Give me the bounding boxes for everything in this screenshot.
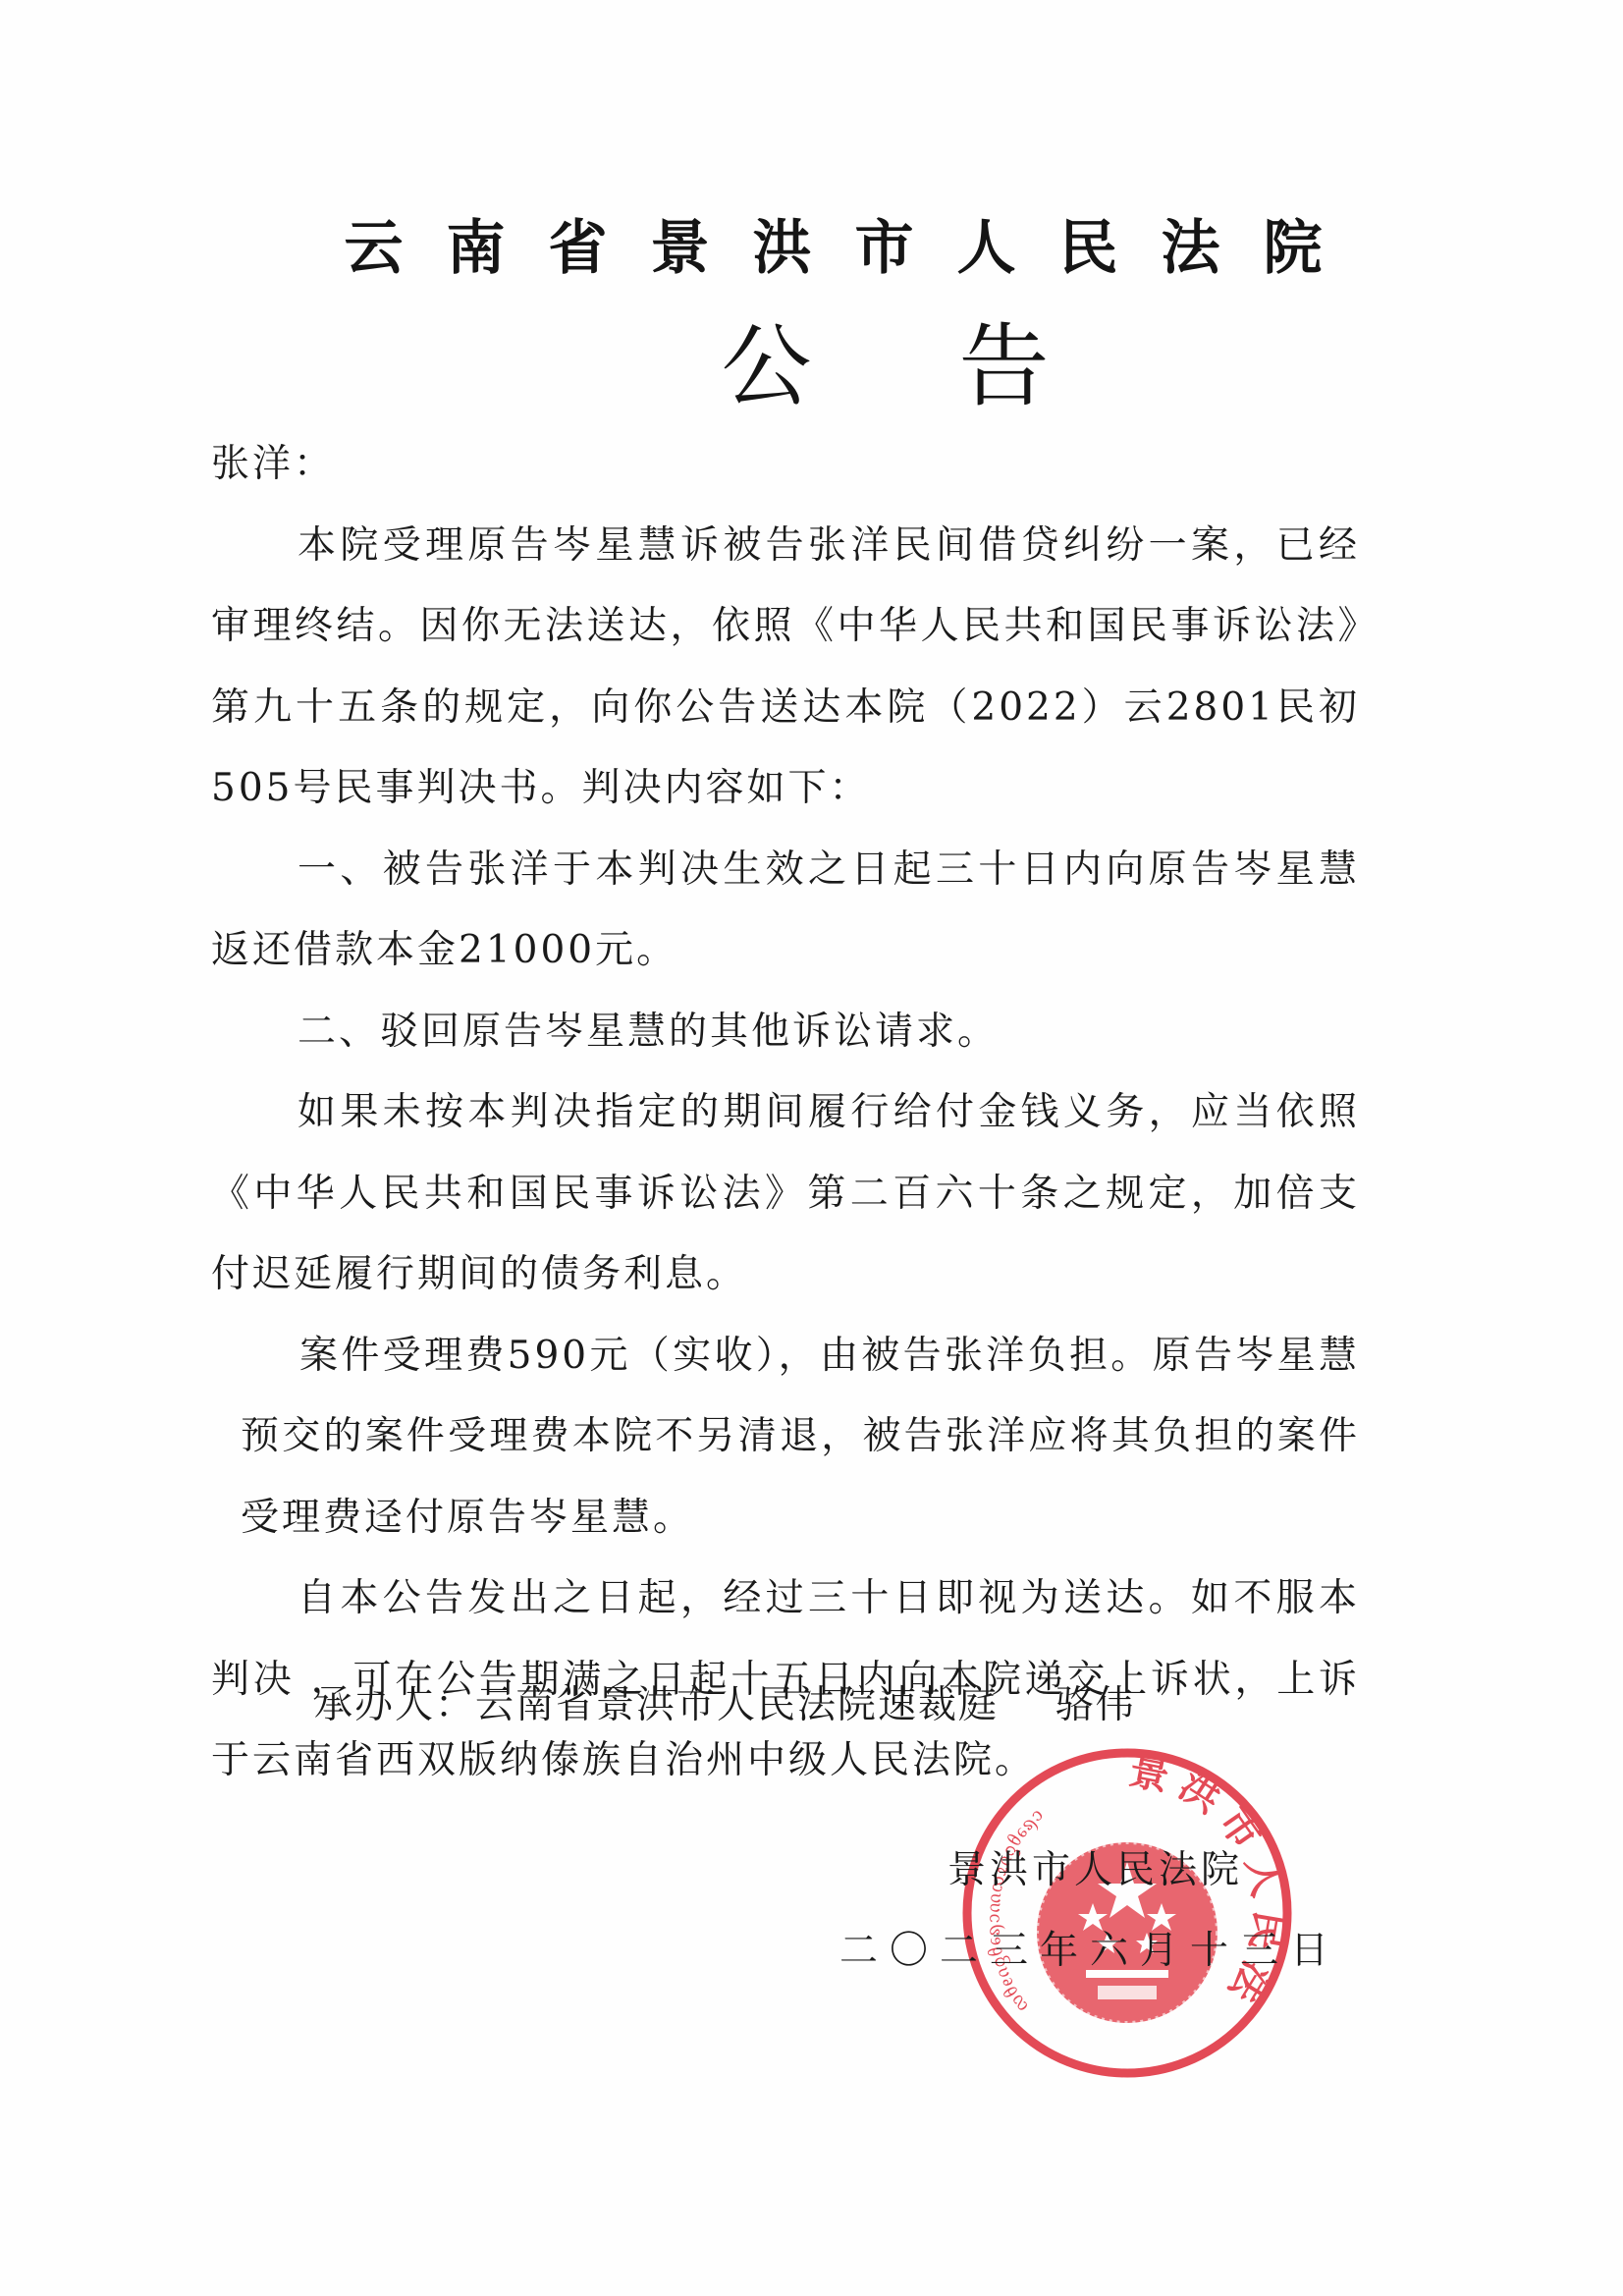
court-seal-icon: 景洪市人民法院 ᦟᦲᧉᦵᦋᦲᧈᦣᦱᦶᦟᦸᦵᦋᦲᧈᦣᦱ (960, 1746, 1294, 2080)
notice-body: 张洋： 本院受理原告岑星慧诉被告张洋民间借贷纠纷一案，已经审理终结。因你无法送达… (211, 424, 1360, 1802)
court-signature: 景洪市人民法院 (947, 1839, 1243, 1894)
paragraph-judgment-item-2: 二、驳回原告岑星慧的其他诉讼请求。 (211, 992, 1360, 1073)
court-name-heading: 云南省景洪市人民法院 (0, 201, 1623, 286)
paragraph-case-fee: 案件受理费590元（实收），由被告张洋负担。原告岑星慧预交的案件受理费本院不另清… (211, 1316, 1360, 1559)
document-page: 云南省景洪市人民法院 公告 张洋： 本院受理原告岑星慧诉被告张洋民间借贷纠纷一案… (0, 0, 1623, 2296)
paragraph-judgment-item-1: 一、被告张洋于本判决生效之日起三十日内向原告岑星慧返还借款本金21000元。 (211, 830, 1360, 992)
addressee: 张洋： (211, 424, 1360, 506)
paragraph-service: 本院受理原告岑星慧诉被告张洋民间借贷纠纷一案，已经审理终结。因你无法送达，依照《… (211, 506, 1360, 830)
paragraph-late-interest: 如果未按本判决指定的期间履行给付金钱义务，应当依照《中华人民共和国民事诉讼法》第… (211, 1072, 1360, 1316)
issue-date: 二〇二三年六月十三日 (839, 1920, 1340, 1975)
case-handler: 承办人：云南省景洪市人民法院速裁庭 骆伟 (314, 1674, 1136, 1729)
notice-title: 公告 (0, 295, 1623, 424)
